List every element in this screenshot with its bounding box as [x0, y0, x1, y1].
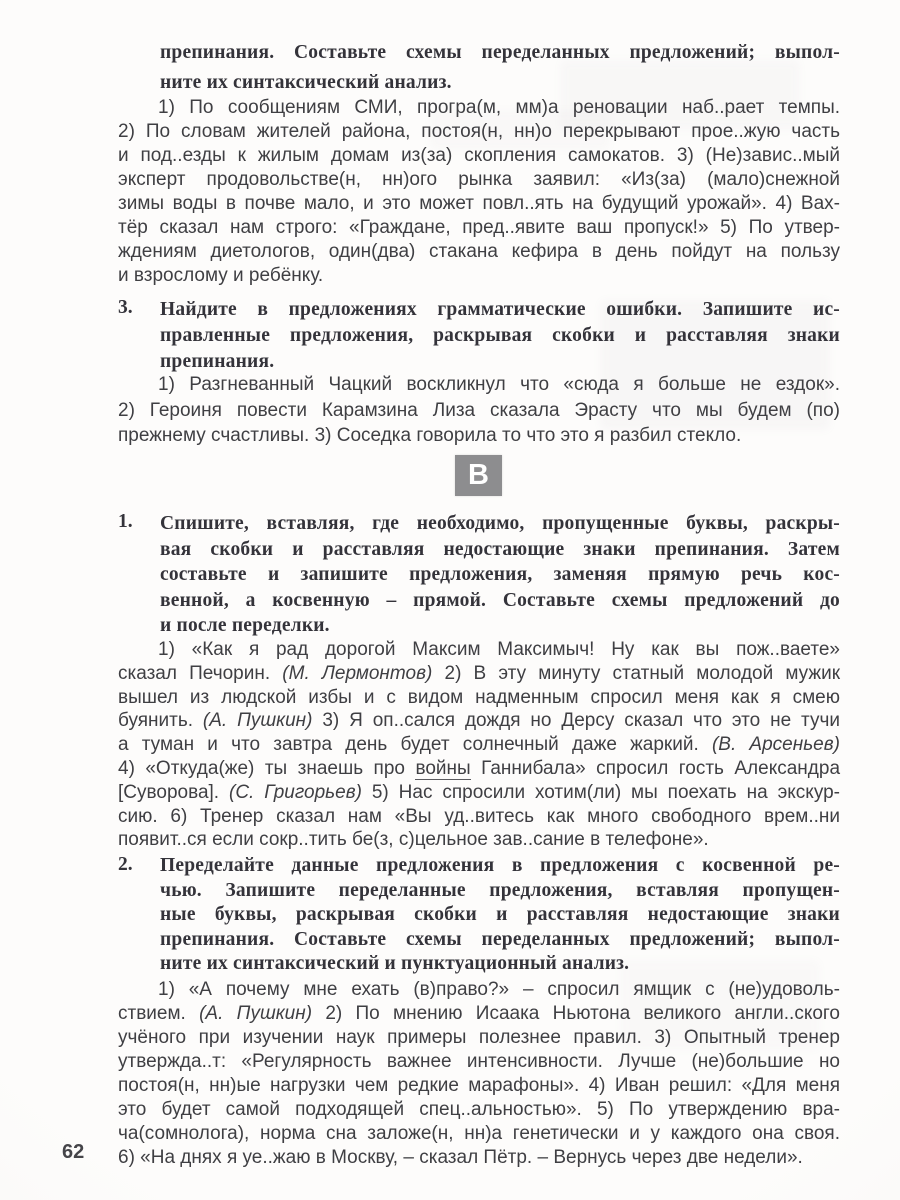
page-number: 62 — [62, 1141, 84, 1164]
text-line: ните их синтаксический анализ. — [160, 68, 840, 98]
text-line: препинания. Составьте схемы переделанных… — [160, 928, 840, 953]
previous-task-instructions-tail: препинания. Составьте схемы переделанных… — [160, 38, 840, 98]
task-b-1-number: 1. — [118, 511, 133, 533]
text-segment: сказал Печорин. — [118, 663, 282, 684]
text-line: ча(сомнолога), норма сна заложе(н, нн)а … — [118, 1122, 840, 1146]
textbook-page: препинания. Составьте схемы переделанных… — [0, 0, 900, 1200]
text-line: правленные предложения, раскрывая скобки… — [160, 323, 840, 349]
text-line: эксперт продовольстве(н, нн)ого рынка за… — [118, 168, 840, 192]
text-line: ные буквы, раскрывая скобки и расставляя… — [160, 903, 840, 928]
author-citation: (М. Лермонтов) — [282, 663, 432, 684]
text-segment: [Суворова]. — [118, 782, 229, 803]
task-b-2-sentences: 1) «А почему мне ехать (в)право?» – спро… — [118, 978, 840, 1170]
author-citation: (С. Григорьев) — [229, 782, 362, 803]
text-line: чью. Запишите переделанные предложения, … — [160, 879, 840, 904]
task-b-1: 1.Спишите, вставляя, где необходимо, про… — [160, 511, 840, 639]
text-line: 6) «На днях я уе..жаю в Москву, – сказал… — [118, 1146, 840, 1170]
text-line: [Суворова]. (С. Григорьев) 5) Нас спроси… — [118, 781, 840, 805]
text-line: появит..ся если сокр..тить бе(з, с)цельн… — [118, 828, 840, 852]
exercise-sentences-top: 1) По сообщениям СМИ, програ(м, мм)а рен… — [118, 96, 840, 288]
text-line: тёр сказал нам строго: «Граждане, пред..… — [118, 216, 840, 240]
text-line: сказал Печорин. (М. Лермонтов) 2) В эту … — [118, 662, 840, 686]
text-line: сию. 6) Тренер сказал нам «Вы уд..витесь… — [118, 805, 840, 829]
text-line: постоя(н, нн)ые нагрузки чем редкие мара… — [118, 1074, 840, 1098]
text-line: 4) «Откуда(же) ты знаешь про войны Ганни… — [118, 757, 840, 781]
text-line: учёного при изучении наук примеры полезн… — [118, 1026, 840, 1050]
text-line: препинания. Составьте схемы переделанных… — [160, 38, 840, 68]
text-segment: ствием. — [118, 1003, 199, 1024]
text-segment: а туман и что завтра день будет солнечны… — [118, 734, 712, 755]
task-3-number: 3. — [118, 297, 133, 319]
text-segment: 5) Нас спросили хотим(ли) мы поехать на … — [362, 782, 840, 803]
text-line: 1) По сообщениям СМИ, програ(м, мм)а рен… — [118, 96, 840, 120]
text-line: 1) «А почему мне ехать (в)право?» – спро… — [118, 978, 840, 1002]
text-line: ните их синтаксический и пунктуационный … — [160, 952, 840, 977]
text-line: 2) Героиня повести Карамзина Лиза сказал… — [118, 398, 840, 424]
text-line: утвержда..т: «Регулярность важнее интенс… — [118, 1050, 840, 1074]
text-line: прежнему счастливы. 3) Соседка говорила … — [118, 423, 840, 449]
text-line: а туман и что завтра день будет солнечны… — [118, 733, 840, 757]
text-line: и под..езды к жилым домам из(за) скоплен… — [118, 144, 840, 168]
text-segment: Ганнибала» спросил гость Александра — [471, 758, 840, 779]
text-line: вая скобки и расставляя недостающие знак… — [160, 537, 840, 563]
author-citation: (А. Пушкин) — [199, 1003, 312, 1024]
task-3: 3.Найдите в предложениях грамматические … — [160, 297, 840, 375]
text-segment: 2) По мнению Исаака Ньютона великого анг… — [312, 1003, 840, 1024]
text-line: составьте и запишите предложения, заменя… — [160, 562, 840, 588]
text-line: вышел из людской избы и с видом надменны… — [118, 686, 840, 710]
task-b-1-sentences: 1) «Как я рад дорогой Максим Максимыч! Н… — [118, 638, 840, 852]
text-line: буянить. (А. Пушкин) 3) Я оп..сался дожд… — [118, 709, 840, 733]
underlined-word: войны — [415, 758, 470, 780]
text-line: 1) Разгневанный Чацкий воскликнул что «с… — [118, 372, 840, 398]
text-line: Переделайте данные предложения в предлож… — [160, 854, 840, 879]
section-b-marker: В — [455, 455, 502, 496]
text-line: 2) По словам жителей района, постоя(н, н… — [118, 120, 840, 144]
task-b-2-number: 2. — [118, 854, 133, 876]
author-citation: (В. Арсеньев) — [712, 734, 840, 755]
text-segment: 3) Я оп..сался дождя но Дерсу сказал что… — [312, 710, 840, 731]
task-3-sentences: 1) Разгневанный Чацкий воскликнул что «с… — [118, 372, 840, 449]
text-segment: буянить. — [118, 710, 203, 731]
text-segment: 2) В эту минуту статный молодой мужик — [432, 663, 840, 684]
text-line: ждениям диетологов, один(два) стакана ке… — [118, 240, 840, 264]
text-line: венной, а косвенную – прямой. Составьте … — [160, 588, 840, 614]
text-line: и после переделки. — [160, 613, 840, 639]
author-citation: (А. Пушкин) — [203, 710, 313, 731]
text-segment: 4) «Откуда(же) ты знаешь про — [118, 758, 415, 779]
text-line: Найдите в предложениях грамматические ош… — [160, 297, 840, 323]
text-line: 1) «Как я рад дорогой Максим Максимыч! Н… — [118, 638, 840, 662]
text-line: Спишите, вставляя, где необходимо, пропу… — [160, 511, 840, 537]
text-line: зимы воды в почве мало, и это может повл… — [118, 192, 840, 216]
text-line: это будет самой подходящей спец..альност… — [118, 1098, 840, 1122]
text-line: ствием. (А. Пушкин) 2) По мнению Исаака … — [118, 1002, 840, 1026]
text-line: и взрослому и ребёнку. — [118, 264, 840, 288]
task-b-2: 2.Переделайте данные предложения в предл… — [160, 854, 840, 977]
